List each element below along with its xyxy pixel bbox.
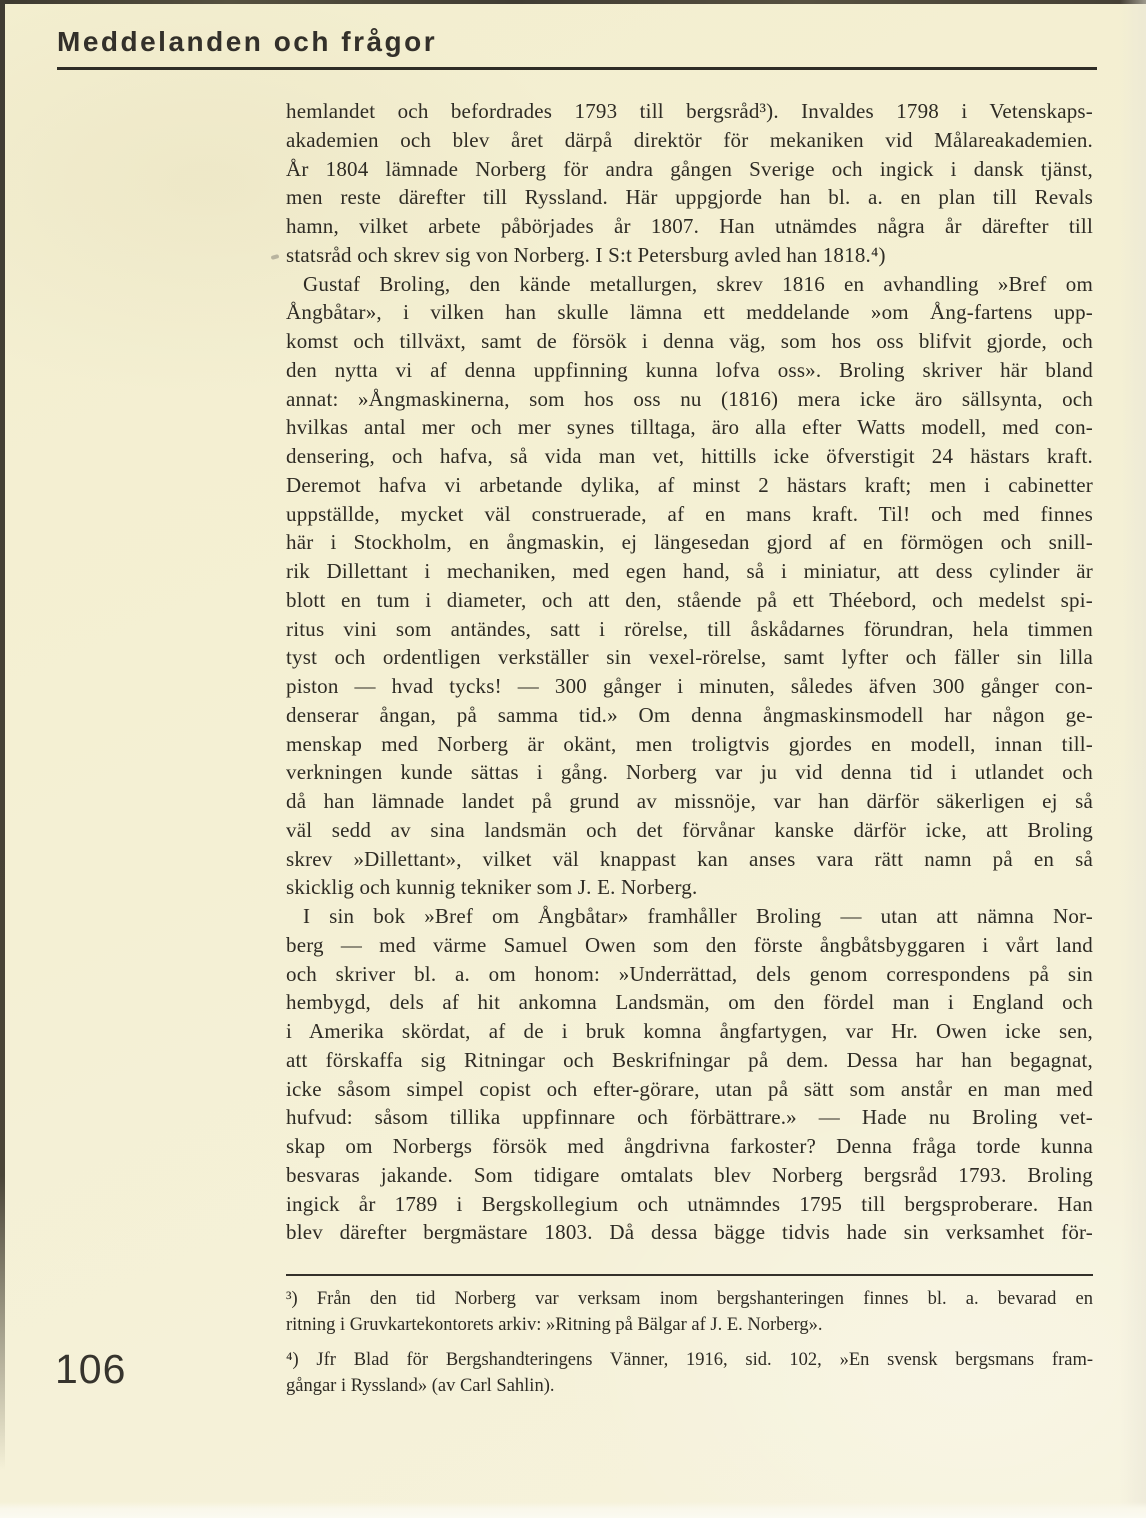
footnote: ³) Från den tid Norberg var verksam inom… (286, 1286, 1093, 1338)
running-header: Meddelanden och frågor (57, 26, 437, 58)
footnote-line: ritning i Gruvkartekontorets arkiv: »Rit… (286, 1312, 1093, 1338)
text-line: År 1804 lämnade Norberg för andra gången… (286, 155, 1093, 184)
text-line: väl sedd av sina landsmän och det förvån… (286, 816, 1093, 845)
footnote-line: gångar i Ryssland» (av Carl Sahlin). (286, 1373, 1093, 1399)
text-line: blott en tum i diameter, och att den, st… (286, 586, 1093, 615)
margin-speck (271, 254, 280, 260)
text-line: skicklig och kunnig tekniker som J. E. N… (286, 873, 1093, 902)
paragraph: Gustaf Broling, den kände metallurgen, s… (286, 270, 1093, 903)
text-line: men reste därefter till Ryssland. Här up… (286, 183, 1093, 212)
scan-edge-right (1120, 0, 1146, 1518)
scan-edge-left (0, 0, 5, 1470)
page-number: 106 (55, 1346, 126, 1393)
text-line: Gustaf Broling, den kände metallurgen, s… (286, 270, 1093, 299)
text-line: piston — hvad tycks! — 300 gånger i minu… (286, 672, 1093, 701)
paragraph: I sin bok »Bref om Ångbåtar» framhåller … (286, 902, 1093, 1247)
header-rule (57, 67, 1097, 70)
text-line: uppställde, mycket väl construerade, af … (286, 500, 1093, 529)
footnote-line: ⁴) Jfr Blad för Bergshandteringens Vänne… (286, 1347, 1093, 1373)
text-line: verkningen kunde sättas i gång. Norberg … (286, 758, 1093, 787)
footnotes-section: ³) Från den tid Norberg var verksam inom… (286, 1286, 1093, 1399)
text-line: ingick år 1789 i Bergskollegium och utnä… (286, 1190, 1093, 1219)
text-line: skap om Norbergs försök med ångdrivna fa… (286, 1132, 1093, 1161)
text-line: tyst och ordentligen verkställer sin vex… (286, 643, 1093, 672)
text-line: menskap med Norberg är okänt, men trolig… (286, 730, 1093, 759)
text-line: ritus vini som antändes, satt i rörelse,… (286, 615, 1093, 644)
text-line: hemlandet och befordrades 1793 till berg… (286, 97, 1093, 126)
scan-edge-bottom (0, 1502, 1146, 1518)
text-line: att förskaffa sig Ritningar och Beskrifn… (286, 1046, 1093, 1075)
text-line: icke såsom simpel copist och efter-görar… (286, 1075, 1093, 1104)
text-line: skrev »Dillettant», vilket väl knappast … (286, 845, 1093, 874)
text-line: komst och tillväxt, samt de försök i den… (286, 327, 1093, 356)
text-line: blev därefter bergmästare 1803. Då dessa… (286, 1218, 1093, 1247)
paragraph: hemlandet och befordrades 1793 till berg… (286, 97, 1093, 270)
text-line: I sin bok »Bref om Ångbåtar» framhåller … (286, 902, 1093, 931)
text-line: densering, och hafva, så vida man vet, h… (286, 442, 1093, 471)
text-line: rik Dillettant i mechaniken, med egen ha… (286, 557, 1093, 586)
footnote-rule (286, 1274, 1093, 1276)
text-line: berg — med värme Samuel Owen som den för… (286, 931, 1093, 960)
text-line: och skriver bl. a. om honom: »Underrätta… (286, 960, 1093, 989)
text-line: då han lämnade landet på grund av missnö… (286, 787, 1093, 816)
body-text-column: hemlandet och befordrades 1793 till berg… (286, 97, 1093, 1247)
text-line: hufvud: såsom tillika uppfinnare och för… (286, 1103, 1093, 1132)
text-line: hembygd, dels af hit ankomna Landsmän, o… (286, 988, 1093, 1017)
text-line: akademien och blev året därpå direktör f… (286, 126, 1093, 155)
footnote-line: ³) Från den tid Norberg var verksam inom… (286, 1286, 1093, 1312)
text-line: här i Stockholm, en ångmaskin, ej länges… (286, 528, 1093, 557)
footnote: ⁴) Jfr Blad för Bergshandteringens Vänne… (286, 1347, 1093, 1399)
text-line: den nytta vi af denna uppfinning kunna l… (286, 356, 1093, 385)
text-line: statsråd och skrev sig von Norberg. I S:… (286, 241, 1093, 270)
text-line: hvilkas antal mer och mer synes tilltaga… (286, 413, 1093, 442)
text-line: annat: »Ångmaskinerna, som hos oss nu (1… (286, 385, 1093, 414)
text-line: Ångbåtar», i vilken han skulle lämna ett… (286, 298, 1093, 327)
text-line: hamn, vilket arbete påbörjades år 1807. … (286, 212, 1093, 241)
text-line: Deremot hafva vi arbetande dylika, af mi… (286, 471, 1093, 500)
scan-edge-top (0, 0, 1146, 4)
scanned-page: Meddelanden och frågor hemlandet och bef… (0, 0, 1146, 1518)
text-line: i Amerika skördat, af de i bruk komna ån… (286, 1017, 1093, 1046)
text-line: besvaras jakande. Som tidigare omtalats … (286, 1161, 1093, 1190)
text-line: denserar ångan, på samma tid.» Om denna … (286, 701, 1093, 730)
